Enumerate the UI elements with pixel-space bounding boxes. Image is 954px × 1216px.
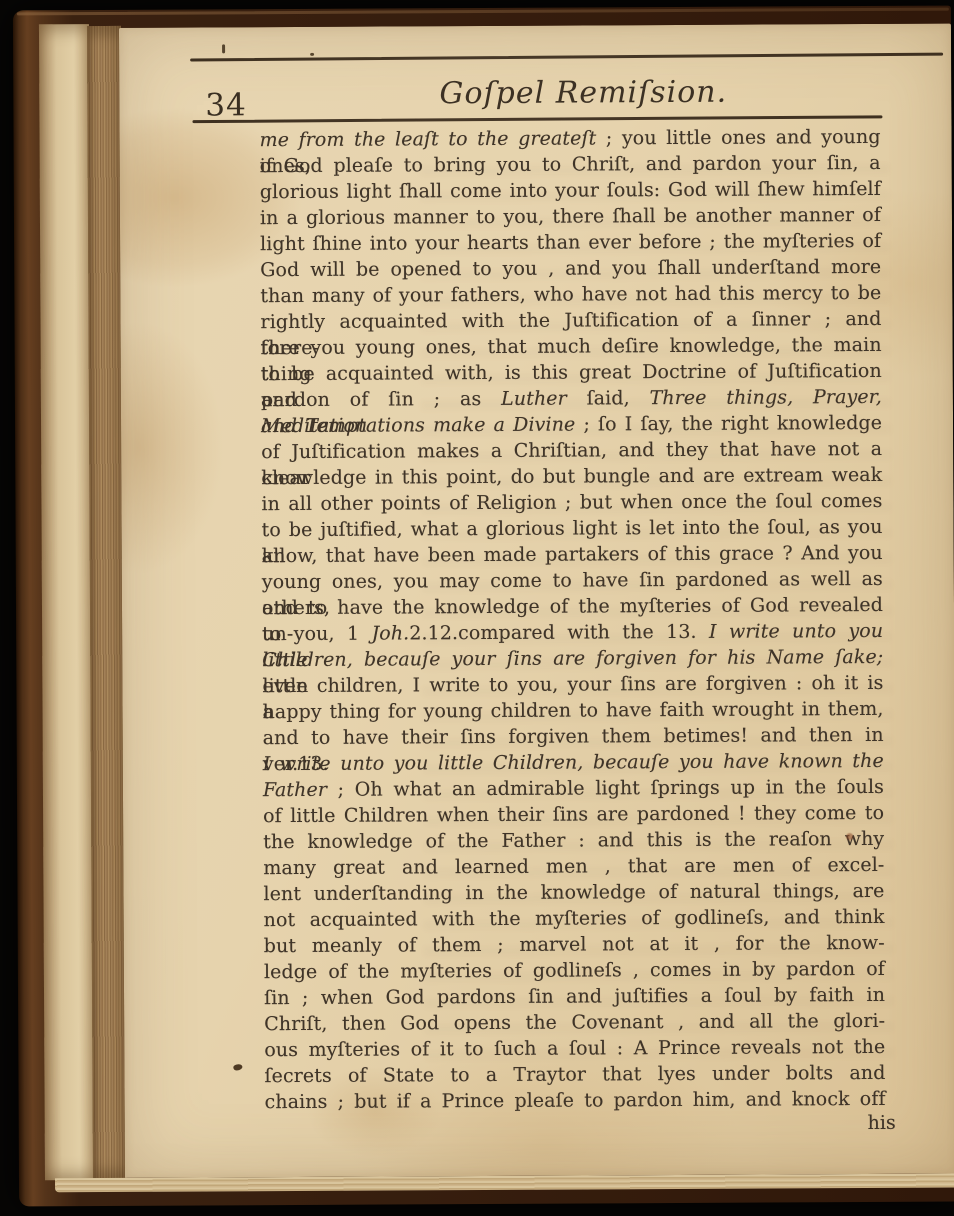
body-text: me from the leaſt to the greateſt ; you … [259,124,885,1115]
text-line: light ſhine into your hearts than ever b… [260,228,881,257]
text-segment: ; ſo I ſay, the right knowledge [575,412,882,436]
text-segment: knowledge in this point, do but bungle a… [261,464,882,489]
book-cover-leather: 34 Goſpel Remiſsion. me from the leaſt t… [13,6,954,1207]
text-line: God will be opened to you , and you ſhal… [260,254,881,283]
text-line: me from the leaſt to the greateſt ; you … [259,124,880,153]
text-line: pardon of ſin ; as Luther ſaid, Three th… [261,384,882,413]
text-line: and to have the knowledge of the myſteri… [262,592,883,621]
text-segment: if God pleaſe to bring you to Chriſt, an… [260,152,881,177]
text-line: ous myſteries of it to ſuch a ſoul : A P… [264,1034,885,1063]
text-segment: to you, 1 [262,623,372,646]
text-segment: chains ; but if a Prince pleaſe to pardo… [265,1088,886,1113]
scanned-book-photo: 34 Goſpel Remiſsion. me from the leaſt t… [0,0,954,1216]
text-segment: glorious light ſhall come into your ſoul… [260,178,881,203]
text-line: rightly acquainted with the Juſtificatio… [260,306,881,335]
text-line: lent underſtanding in the knowledge of n… [263,878,884,907]
text-segment: lent underſtanding in the knowledge of n… [263,880,884,905]
text-line: little children, I write to you, your ſi… [262,670,883,699]
ink-speck [222,44,225,53]
text-line: many great and learned men , that are me… [263,852,884,881]
text-segment: God will be opened to you , and you ſhal… [260,256,881,281]
text-line: of Juſtification makes a Chriſtian, and … [261,436,882,465]
text-line: happy thing for young children to have f… [262,696,883,725]
italic-text-segment: and Temptations make a Divine [261,414,575,438]
running-title: Goſpel Remiſsion. [238,74,928,113]
text-line: of little Children when their ſins are p… [263,800,884,829]
italic-text-segment: I write unto you little Children, becauſ… [263,750,884,775]
text-line: fore you young ones, that much deſire kn… [261,332,882,361]
text-line: and to have their ſins forgiven them bet… [263,722,884,751]
text-line: to be juſtified, what a glorious light i… [262,514,883,543]
text-segment: not acquainted with the myſteries of god… [264,906,885,931]
text-segment: ſin ; when God pardons ſin and juſtifies… [264,984,885,1009]
text-line: glorious light ſhall come into your ſoul… [260,176,881,205]
text-line: Chriſt, then God opens the Covenant , an… [264,1008,885,1037]
text-segment: ous myſteries of it to ſuch a ſoul : A P… [264,1036,885,1061]
ink-speck [233,1063,243,1071]
italic-text-segment: Father [263,779,327,801]
text-segment: in a glorious manner to you, there ſhall… [260,204,881,229]
header-rule-bottom [192,115,882,123]
ink-speck [310,53,314,56]
text-segment: 2.12.compared with the 13. [409,621,709,645]
italic-text-segment: Children, becauſe your ſins are forgiven… [262,646,883,671]
text-segment: ; Oh what an admirable light ſprings up … [327,776,884,801]
text-segment: ledge of the myſteries of godlineſs , co… [264,958,885,983]
catchword: his [868,1110,896,1136]
text-segment: pardon of ſin ; as [261,388,501,411]
text-segment: light ſhine into your hearts than ever b… [260,230,881,255]
text-segment: ſecrets of State to a Traytor that lyes … [264,1062,885,1087]
book-gutter [39,24,95,1180]
book-page: 34 Goſpel Remiſsion. me from the leaſt t… [119,24,954,1178]
text-line: in all other points of Religion ; but wh… [261,488,882,517]
text-line: ledge of the myſteries of godlineſs , co… [264,956,885,985]
text-line: I write unto you little Children, becauſ… [263,748,884,777]
text-line: in a glorious manner to you, there ſhall… [260,202,881,231]
text-line: chains ; but if a Prince pleaſe to pardo… [265,1086,886,1115]
italic-text-segment: me from the leaſt to the greateſt [260,127,597,151]
text-line: to be acquainted with, is this great Doc… [261,358,882,387]
text-line: and Temptations make a Divine ; ſo I ſay… [261,410,882,439]
text-segment: happy thing for young children to have f… [262,698,883,723]
text-line: Father ; Oh what an admirable light ſpri… [263,774,884,803]
text-line: know, that have been made partakers of t… [262,540,883,569]
text-line: ſin ; when God pardons ſin and juſtifies… [264,982,885,1011]
text-segment: than many of your fathers, who have not … [260,282,881,307]
italic-text-segment: Luther [501,388,567,410]
text-segment: of little Children when their ſins are p… [263,802,884,827]
text-line: Children, becauſe your ſins are forgiven… [262,644,883,673]
text-line: the knowledge of the Father : and this i… [263,826,884,855]
text-segment: Chriſt, then God opens the Covenant , an… [264,1010,885,1035]
text-line: but meanly of them ; marvel not at it , … [264,930,885,959]
text-line: than many of your fathers, who have not … [260,280,881,309]
text-segment: the knowledge of the Father : and this i… [263,828,884,853]
text-segment: in all other points of Religion ; but wh… [261,490,882,515]
text-line: to you, 1 Joh.2.12.compared with the 13.… [262,618,883,647]
text-line: ſecrets of State to a Traytor that lyes … [264,1060,885,1089]
header-rule-top [190,53,943,62]
text-segment: ſaid, [567,387,650,409]
italic-text-segment: Joh. [371,622,409,644]
text-line: young ones, you may come to have ſin par… [262,566,883,595]
text-line: not acquainted with the myſteries of god… [264,904,885,933]
text-segment: many great and learned men , that are me… [263,854,884,879]
text-line: knowledge in this point, do but bungle a… [261,462,882,491]
text-segment: but meanly of them ; marvel not at it , … [264,932,885,957]
text-line: if God pleaſe to bring you to Chriſt, an… [260,150,881,179]
text-segment: know, that have been made partakers of t… [262,542,883,567]
